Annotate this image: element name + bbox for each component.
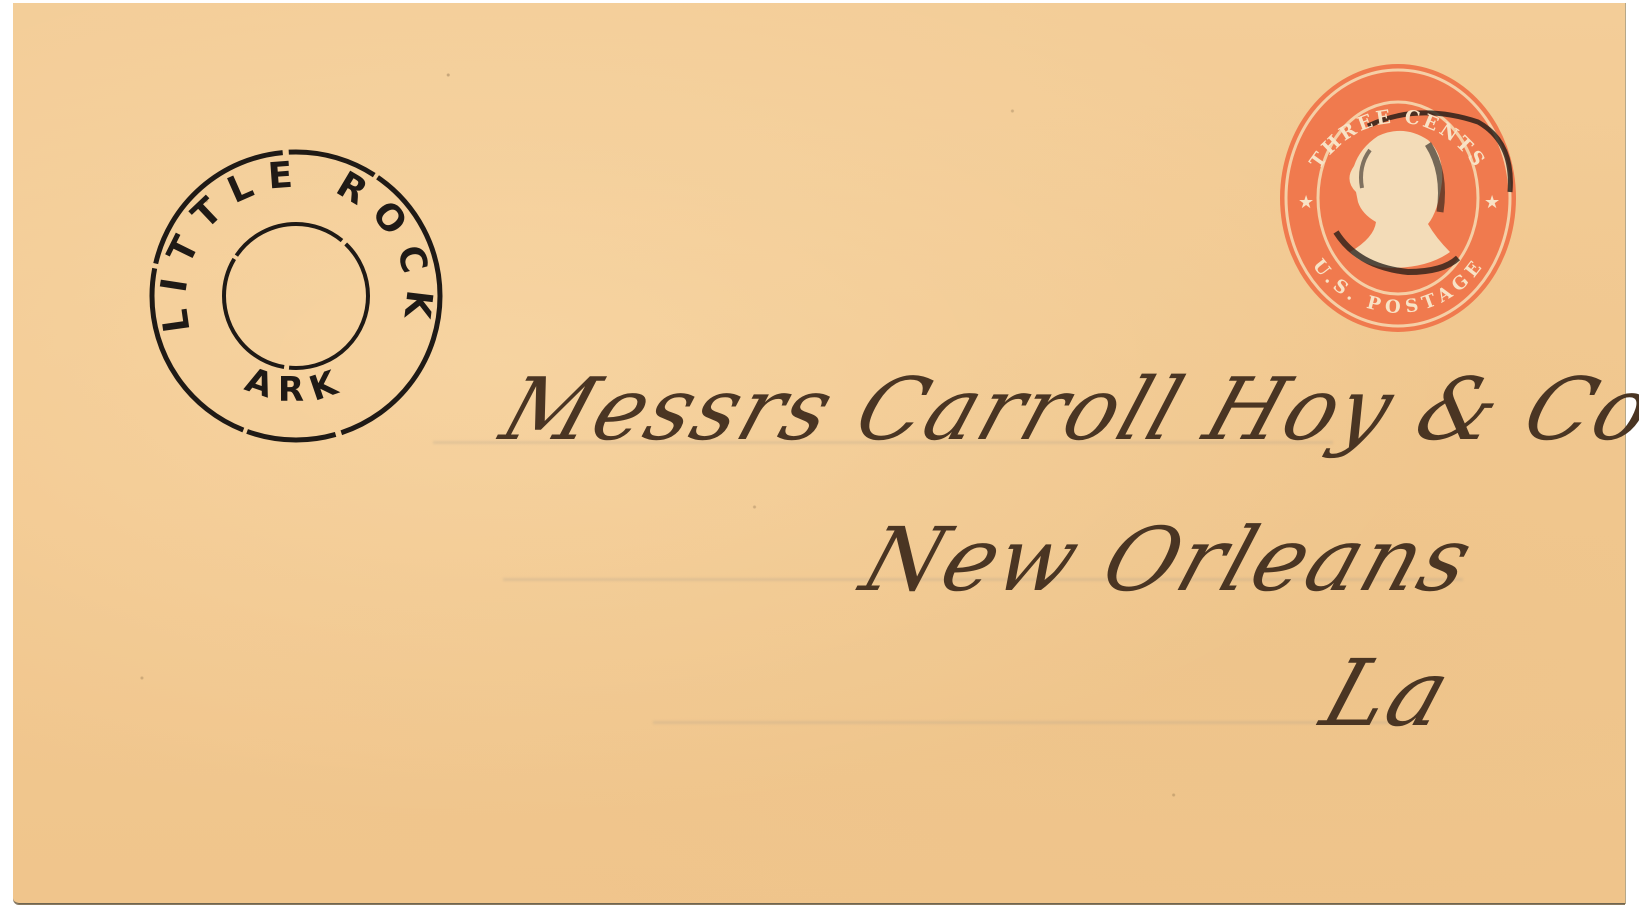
postmark-circle-icon: LITTLE ROCK ARK <box>146 148 446 444</box>
embossed-stamp: THREE CENTS U.S. POSTAGE ★ ★ <box>1278 62 1518 334</box>
svg-text:LITTLE ROCK: LITTLE ROCK <box>153 154 440 335</box>
stamp-star-right-icon: ★ <box>1484 192 1500 213</box>
ghost-line <box>503 578 1463 581</box>
postmark-top-text: LITTLE ROCK <box>153 154 440 335</box>
ghost-line <box>433 441 1333 444</box>
stamp-star-left-icon: ★ <box>1298 192 1314 213</box>
ghost-line <box>653 721 1403 724</box>
stamp-icon: THREE CENTS U.S. POSTAGE ★ ★ <box>1278 62 1518 334</box>
postmark: LITTLE ROCK ARK <box>146 148 446 444</box>
